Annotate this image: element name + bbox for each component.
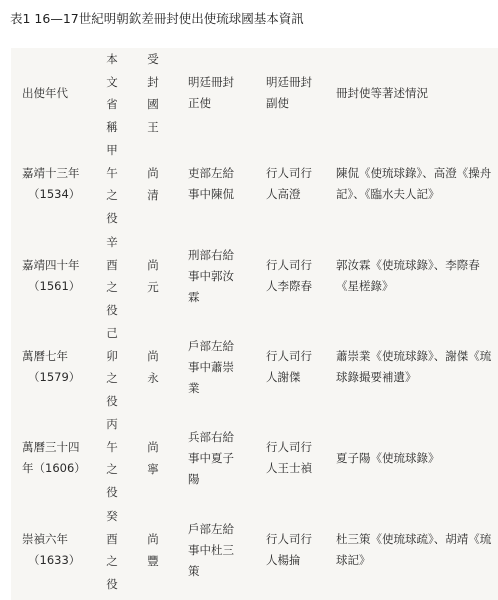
vice-envoy-cell: 行人司行 人謝傑 xyxy=(266,322,330,412)
writings-cell: 夏子陽《使琉球錄》 xyxy=(336,412,496,504)
chief-envoy-cell: 刑部右給 事中郭汝 霖 xyxy=(188,230,252,322)
header-writings: 冊封使等著述情況 xyxy=(336,48,496,138)
chief-envoy-cell: 戶部左給 事中蕭崇 業 xyxy=(188,322,252,412)
abbr-cell: 辛 酉 之 役 xyxy=(105,230,119,322)
table-header-row: 出使年代 本 文 省 稱 受 封 國 王 明廷冊封 正使 明廷冊封 副使 冊封使… xyxy=(11,48,498,138)
chief-envoy-cell: 吏部左給 事中陳侃 xyxy=(188,138,252,230)
king-cell: 尚 元 xyxy=(146,230,160,322)
vice-envoy-cell: 行人司行 人王士禎 xyxy=(266,412,330,504)
table-row: 嘉靖四十年 （1561） 辛 酉 之 役 尚 元 刑部右給 事中郭汝 霖 行人司… xyxy=(11,230,498,322)
chief-envoy-cell: 戶部左給 事中杜三 策 xyxy=(188,504,252,596)
header-chief-envoy: 明廷冊封 正使 xyxy=(188,48,252,138)
writings-cell: 蕭崇業《使琉球錄》、謝傑《琉 球錄撮要補遺》 xyxy=(336,322,496,412)
king-cell: 尚 永 xyxy=(146,322,160,412)
header-abbr: 本 文 省 稱 xyxy=(105,48,119,138)
chief-envoy-cell: 兵部右給 事中夏子 陽 xyxy=(188,412,252,504)
year-cell: 萬曆三十四 年（1606） xyxy=(22,412,102,504)
envoy-table: 出使年代 本 文 省 稱 受 封 國 王 明廷冊封 正使 明廷冊封 副使 冊封使… xyxy=(11,48,498,600)
table-row: 萬曆七年 （1579） 己 卯 之 役 尚 永 戶部左給 事中蕭崇 業 行人司行… xyxy=(11,322,498,412)
table-row: 萬曆三十四 年（1606） 丙 午 之 役 尚 寧 兵部右給 事中夏子 陽 行人… xyxy=(11,412,498,504)
writings-cell: 杜三策《使琉球疏》、胡靖《琉 球記》 xyxy=(336,504,496,596)
table-caption: 表1 16—17世紀明朝欽差冊封使出使琉球國基本資訊 xyxy=(10,9,304,27)
header-vice-envoy: 明廷冊封 副使 xyxy=(266,48,330,138)
writings-cell: 郭汝霖《使琉球錄》、李際春 《星槎錄》 xyxy=(336,230,496,322)
year-cell: 嘉靖十三年 （1534） xyxy=(22,138,102,230)
abbr-cell: 丙 午 之 役 xyxy=(105,412,119,504)
abbr-cell: 己 卯 之 役 xyxy=(105,322,119,412)
writings-cell: 陳侃《使琉球錄》、高澄《操舟 記》、《臨水夫人記》 xyxy=(336,138,496,230)
table-row: 嘉靖十三年 （1534） 甲 午 之 役 尚 清 吏部左給 事中陳侃 行人司行 … xyxy=(11,138,498,230)
year-cell: 萬曆七年 （1579） xyxy=(22,322,102,412)
abbr-cell: 癸 酉 之 役 xyxy=(105,504,119,596)
king-cell: 尚 豐 xyxy=(146,504,160,596)
vice-envoy-cell: 行人司行 人高澄 xyxy=(266,138,330,230)
vice-envoy-cell: 行人司行 人楊掄 xyxy=(266,504,330,596)
header-king: 受 封 國 王 xyxy=(146,48,160,138)
abbr-cell: 甲 午 之 役 xyxy=(105,138,119,230)
table-row: 崇禎六年 （1633） 癸 酉 之 役 尚 豐 戶部左給 事中杜三 策 行人司行… xyxy=(11,504,498,600)
vice-envoy-cell: 行人司行 人李際春 xyxy=(266,230,330,322)
header-year: 出使年代 xyxy=(22,48,102,138)
year-cell: 崇禎六年 （1633） xyxy=(22,504,102,596)
king-cell: 尚 清 xyxy=(146,138,160,230)
king-cell: 尚 寧 xyxy=(146,412,160,504)
year-cell: 嘉靖四十年 （1561） xyxy=(22,230,102,322)
